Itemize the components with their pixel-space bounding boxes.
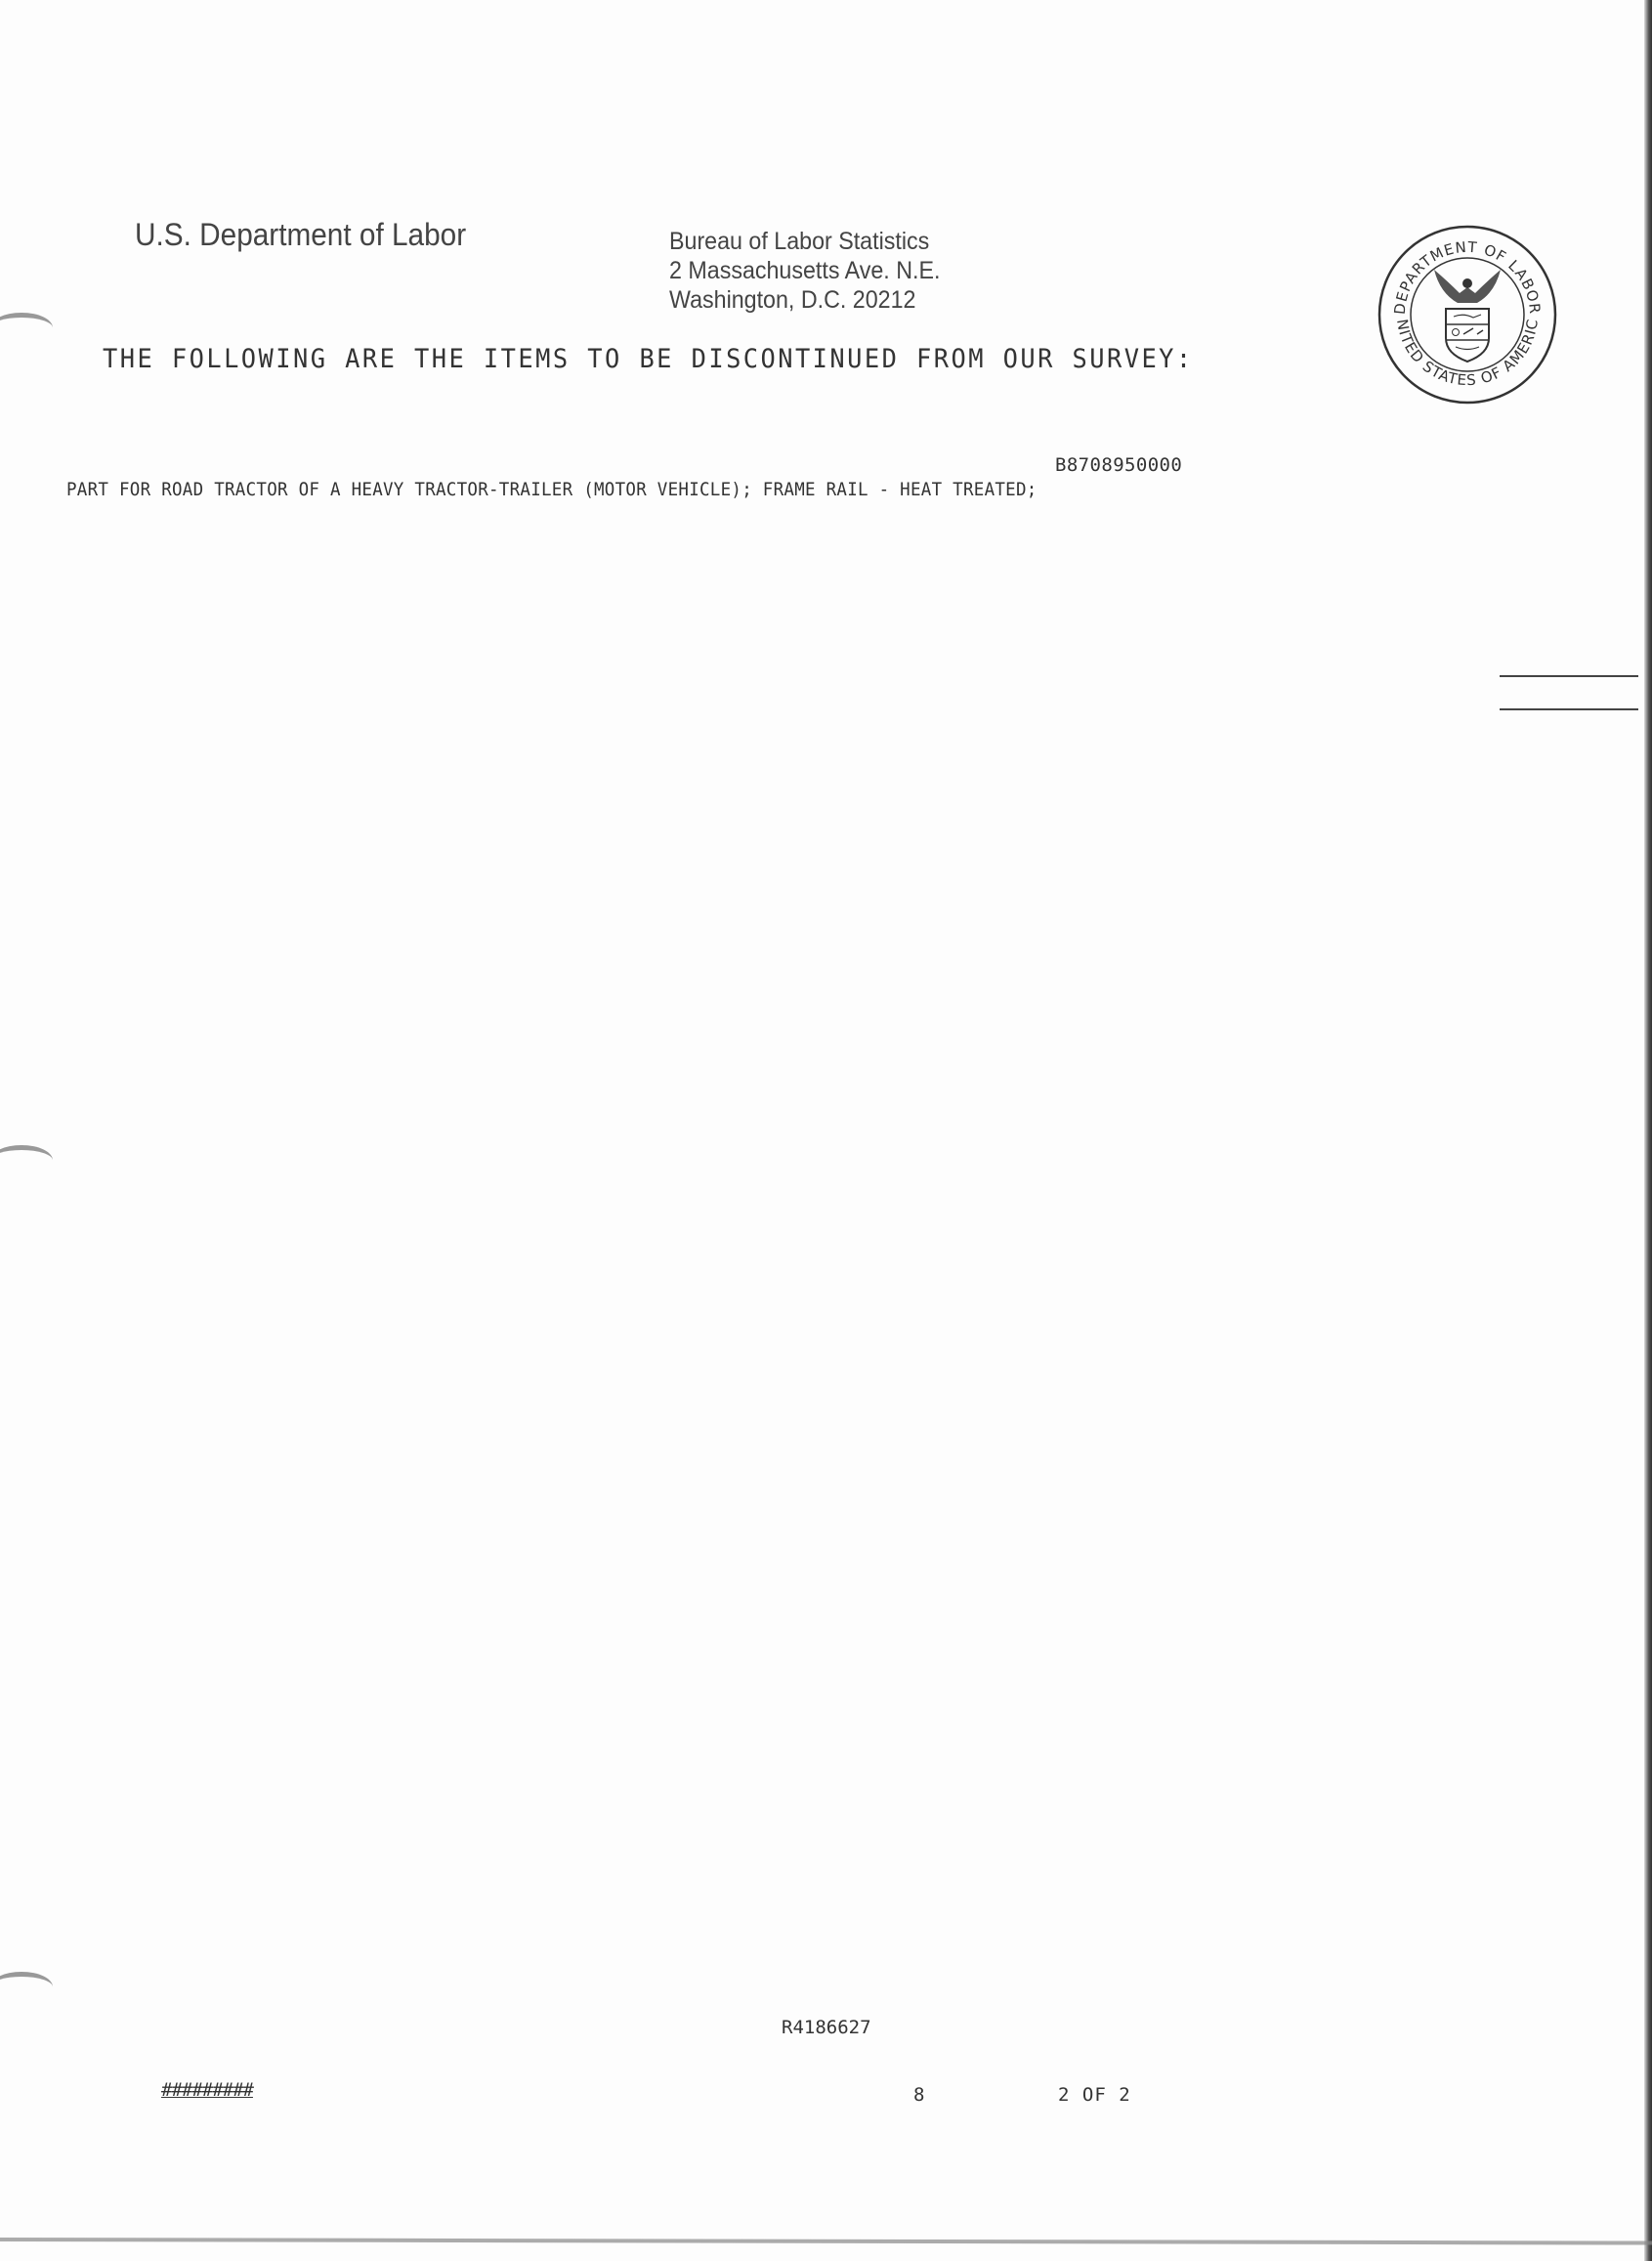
margin-rule <box>1500 708 1638 710</box>
footer-number: 8 <box>913 2084 924 2106</box>
svg-text:DEPARTMENT OF LABOR: DEPARTMENT OF LABOR <box>1391 238 1544 316</box>
bureau-name: Bureau of Labor Statistics <box>669 227 940 256</box>
page-edge-shadow <box>1644 0 1652 2261</box>
punch-hole <box>0 313 53 343</box>
item-description: PART FOR ROAD TRACTOR OF A HEAVY TRACTOR… <box>66 479 1038 500</box>
margin-rule <box>1500 675 1638 677</box>
discontinued-items-heading: THE FOLLOWING ARE THE ITEMS TO BE DISCON… <box>103 344 1194 374</box>
department-name: U.S. Department of Labor <box>135 217 466 253</box>
bureau-address: Bureau of Labor Statistics 2 Massachuset… <box>669 227 940 315</box>
department-of-labor-seal-icon: DEPARTMENT OF LABOR UNITED STATES OF AME… <box>1376 223 1559 406</box>
punch-hole <box>0 1972 53 2002</box>
bureau-street: 2 Massachusetts Ave. N.E. <box>669 256 940 285</box>
item-code: B8708950000 <box>1055 454 1182 476</box>
reference-code: R4186627 <box>782 2017 871 2038</box>
bureau-city: Washington, D.C. 20212 <box>669 285 940 315</box>
page-indicator: 2 OF 2 <box>1058 2084 1131 2106</box>
punch-hole <box>0 1145 53 1175</box>
page-bottom-edge <box>0 2238 1652 2245</box>
masked-id: ######### <box>161 2079 253 2101</box>
